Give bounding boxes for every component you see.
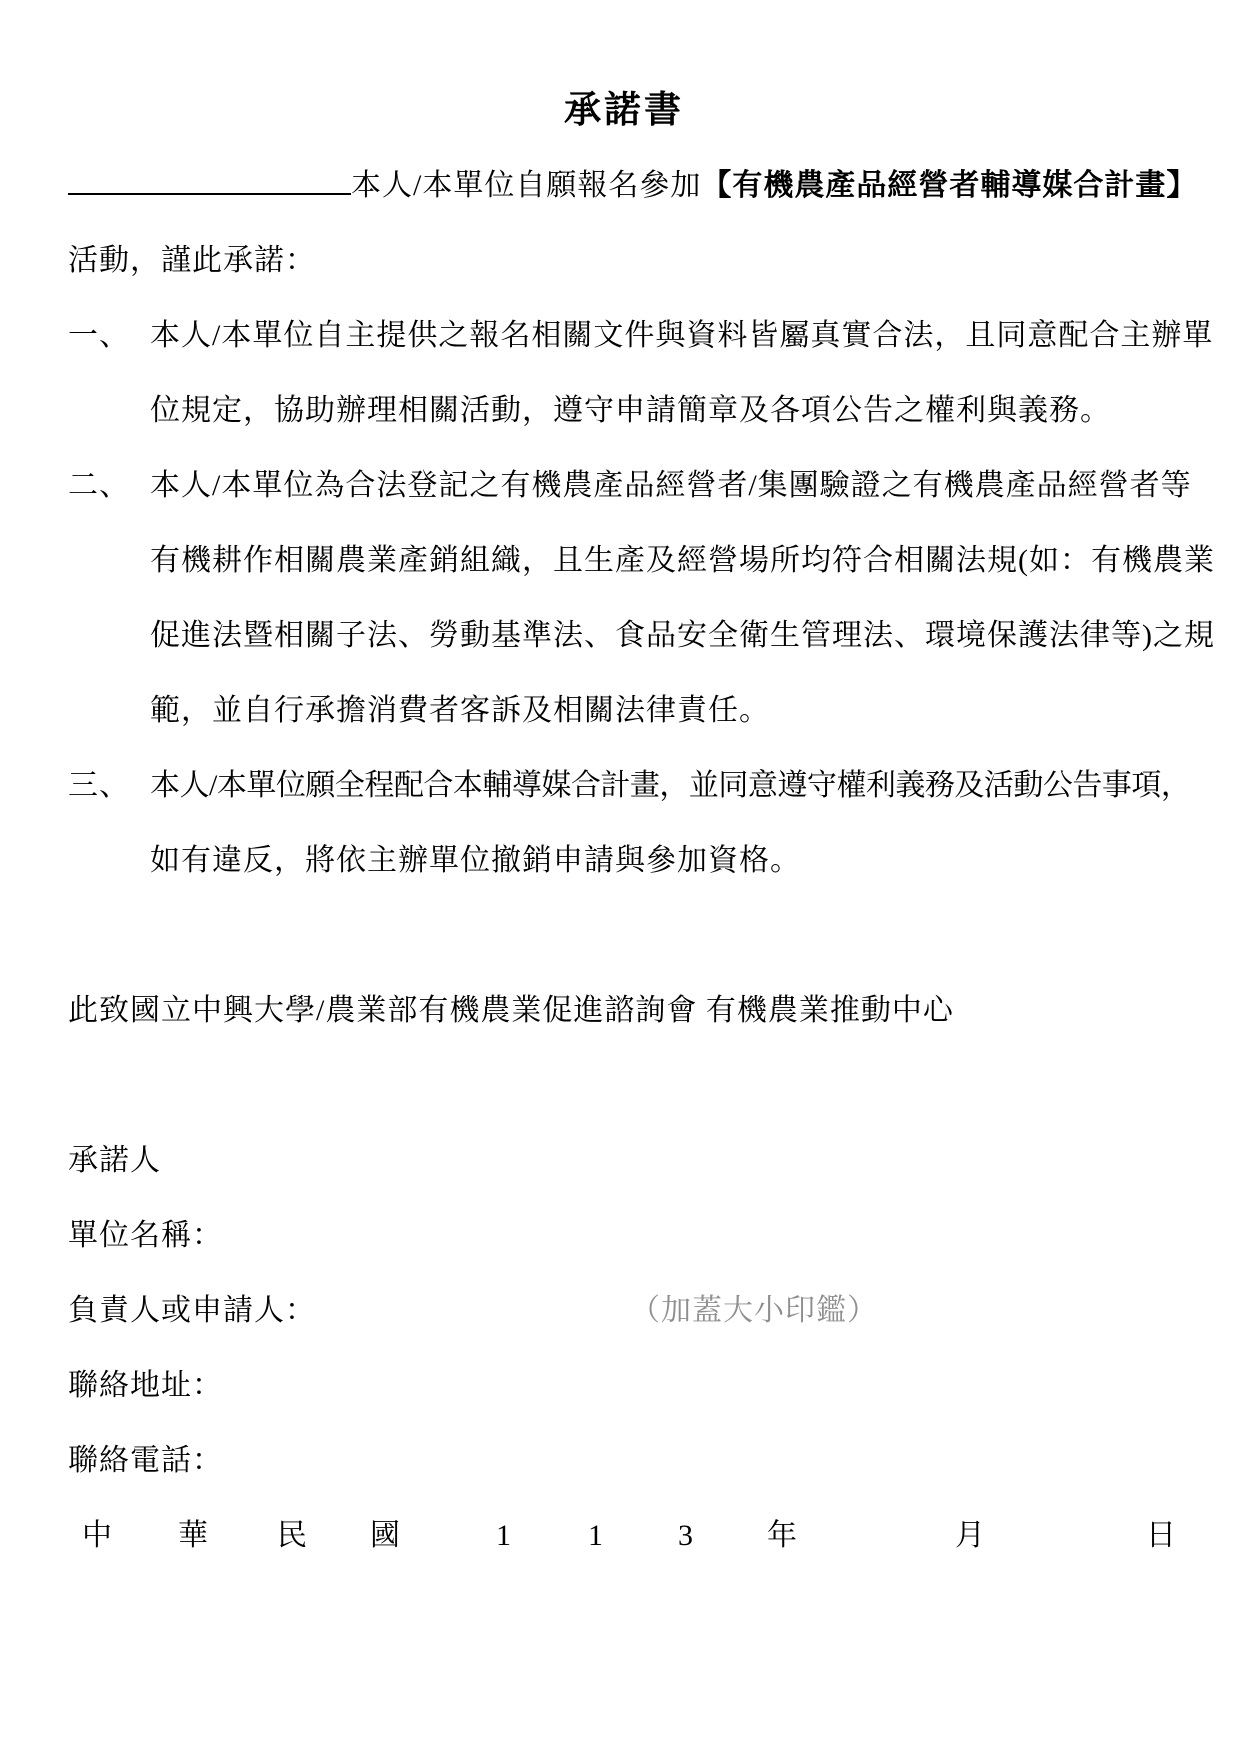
date-char-month: 月	[955, 1498, 986, 1573]
date-year-digit-1: 1	[496, 1498, 512, 1573]
date-year-digit-3: 3	[678, 1498, 694, 1573]
date-char-zhong: 中	[82, 1498, 113, 1573]
responsible-person-label: 負責人或申請人：	[68, 1294, 316, 1327]
item-3-number: 三、	[68, 748, 150, 823]
item-1-number: 一、	[68, 298, 150, 373]
date-year-digit-2: 1	[588, 1498, 604, 1573]
item-2-line-1: 本人/本單位為合法登記之有機農產品經營者/集團驗證之有機農產品經營者等	[150, 448, 1192, 523]
contact-phone-label: 聯絡電話：	[68, 1423, 1180, 1498]
date-char-guo: 國	[370, 1498, 401, 1573]
document-title: 承諾書	[68, 73, 1180, 148]
document-content: 承諾書 本人/本單位自願報名參加【有機農產品經營者輔導媒合計畫】 活動，謹此承諾…	[68, 73, 1180, 1573]
document-page: 承諾書 本人/本單位自願報名參加【有機農產品經營者輔導媒合計畫】 活動，謹此承諾…	[0, 0, 1241, 1755]
spacer-row-2	[68, 1048, 1180, 1123]
contact-address-label: 聯絡地址：	[68, 1348, 1180, 1423]
name-fill-in-blank	[68, 193, 351, 195]
item-2-line-4: 範，並自行承擔消費者客訴及相關法律責任。	[68, 673, 1180, 748]
program-name-bold: 【有機農產品經營者輔導媒合計畫】	[701, 169, 1197, 202]
intro-line-1-regular: 本人/本單位自願報名參加	[351, 169, 701, 202]
item-1-line-1: 本人/本單位自主提供之報名相關文件與資料皆屬真實合法，且同意配合主辦單	[150, 298, 1213, 373]
item-1-line-2: 位規定，協助辦理相關活動，遵守申請簡章及各項公告之權利與義務。	[68, 373, 1180, 448]
addressee-line: 此致國立中興大學/農業部有機農業促進諮詢會 有機農業推動中心	[68, 973, 1180, 1048]
item-3-line-2: 如有違反，將依主辦單位撤銷申請與參加資格。	[68, 823, 1180, 898]
roc-date-line: 中 華 民 國 1 1 3 年 月 日	[68, 1498, 1180, 1573]
spacer-row-1	[68, 898, 1180, 973]
date-char-year: 年	[767, 1498, 798, 1573]
pledge-item-1: 一、 本人/本單位自主提供之報名相關文件與資料皆屬真實合法，且同意配合主辦單	[68, 298, 1180, 373]
item-2-line-3: 促進法暨相關子法、勞動基準法、食品安全衛生管理法、環境保護法律等)之規	[68, 598, 1180, 673]
seal-instruction-note: （加蓋大小印鑑）	[630, 1273, 878, 1348]
pledge-item-2: 二、 本人/本單位為合法登記之有機農產品經營者/集團驗證之有機農產品經營者等	[68, 448, 1180, 523]
date-char-hua: 華	[178, 1498, 209, 1573]
unit-name-label: 單位名稱：	[68, 1198, 1180, 1273]
item-3-line-1: 本人/本單位願全程配合本輔導媒合計畫，並同意遵守權利義務及活動公告事項，	[150, 748, 1190, 823]
responsible-person-row: 負責人或申請人： （加蓋大小印鑑）	[68, 1273, 1180, 1348]
date-char-day: 日	[1146, 1498, 1177, 1573]
item-2-number: 二、	[68, 448, 150, 523]
intro-line-2: 活動，謹此承諾：	[68, 223, 1180, 298]
promiser-label: 承諾人	[68, 1123, 1180, 1198]
item-2-line-2: 有機耕作相關農業產銷組織，且生產及經營場所均符合相關法規(如：有機農業	[68, 523, 1180, 598]
pledge-item-3: 三、 本人/本單位願全程配合本輔導媒合計畫，並同意遵守權利義務及活動公告事項，	[68, 748, 1180, 823]
intro-line-1: 本人/本單位自願報名參加【有機農產品經營者輔導媒合計畫】	[68, 148, 1180, 223]
date-char-min: 民	[277, 1498, 308, 1573]
